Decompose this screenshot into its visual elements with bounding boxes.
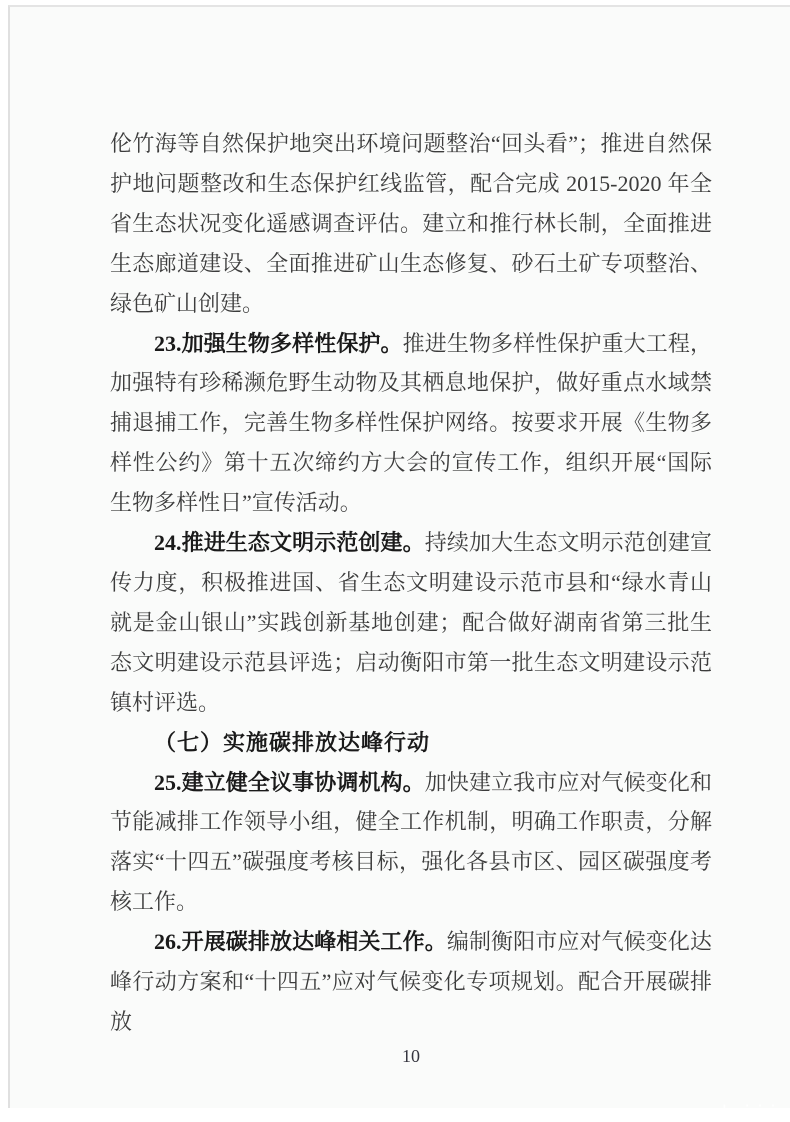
paragraph-23: 23.加强生物多样性保护。推进生物多样性保护重大工程，加强特有珍稀濒危野生动物及…: [110, 324, 712, 524]
paragraph-body: 持续加大生态文明示范创建宣传力度，积极推进国、省生态文明建设示范市县和“绿水青山…: [110, 530, 712, 715]
paragraph-lead: 26.开展碳排放达峰相关工作。: [154, 929, 447, 954]
paragraph-25: 25.建立健全议事协调机构。加快建立我市应对气候变化和节能减排工作领导小组，健全…: [110, 763, 712, 923]
document-body: 伦竹海等自然保护地突出环境问题整治“回头看”；推进自然保护地问题整改和生态保护红…: [110, 124, 712, 1042]
paragraph-body: 伦竹海等自然保护地突出环境问题整治“回头看”；推进自然保护地问题整改和生态保护红…: [110, 131, 712, 316]
paragraph-26: 26.开展碳排放达峰相关工作。编制衡阳市应对气候变化达峰行动方案和“十四五”应对…: [110, 922, 712, 1042]
paragraph-lead: 25.建立健全议事协调机构。: [154, 770, 425, 795]
paragraph-body: 推进生物多样性保护重大工程，加强特有珍稀濒危野生动物及其栖息地保护，做好重点水域…: [110, 331, 712, 516]
paragraph-lead: 24.推进生态文明示范创建。: [154, 530, 425, 555]
watermark: dniii.co: [716, 1102, 790, 1122]
paragraph-24: 24.推进生态文明示范创建。持续加大生态文明示范创建宣传力度，积极推进国、省生态…: [110, 523, 712, 723]
page-number: 10: [110, 1046, 712, 1067]
section-heading-text: （七）实施碳排放达峰行动: [154, 730, 430, 755]
paragraph-continuation: 伦竹海等自然保护地突出环境问题整治“回头看”；推进自然保护地问题整改和生态保护红…: [110, 124, 712, 324]
paragraph-lead: 23.加强生物多样性保护。: [154, 331, 403, 356]
document-page: 伦竹海等自然保护地突出环境问题整治“回头看”；推进自然保护地问题整改和生态保护红…: [8, 5, 790, 1108]
section-heading-7: （七）实施碳排放达峰行动: [110, 723, 712, 763]
